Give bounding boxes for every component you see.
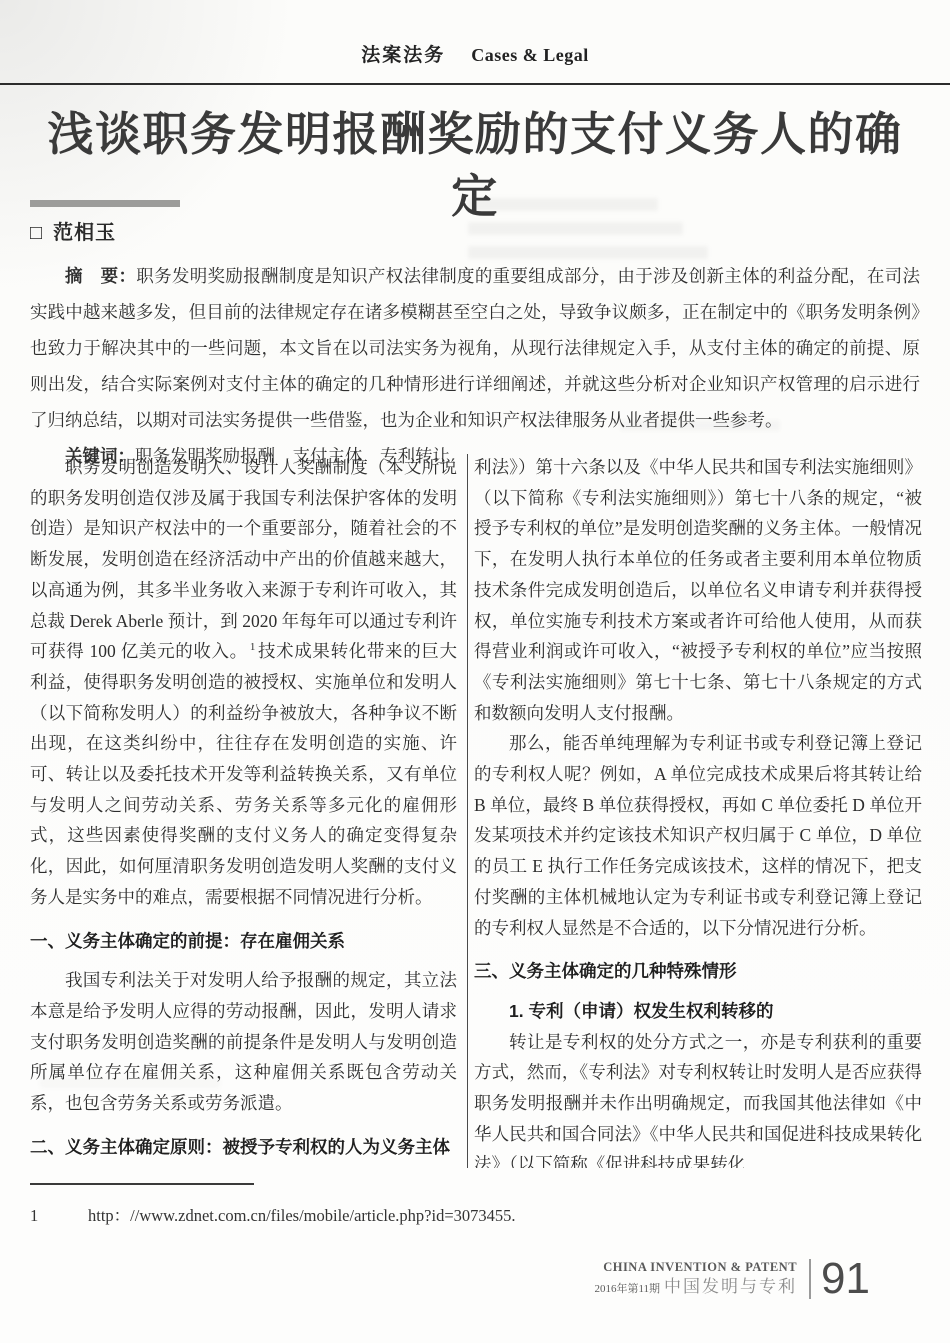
- body-paragraph: 那么，能否单纯理解为专利证书或专利登记簿上登记的专利权人呢？例如，A 单位完成技…: [474, 728, 922, 943]
- abstract-text: 职务发明奖励报酬制度是知识产权法律制度的重要组成部分，由于涉及创新主体的利益分配…: [30, 266, 920, 430]
- section-title-en: Cases & Legal: [471, 45, 589, 65]
- footnote-number: 1: [30, 1206, 88, 1226]
- journal-issue-line: 2016年第11期 中国发明与专利: [594, 1276, 797, 1298]
- author-marker-icon: □: [30, 222, 43, 244]
- page-header: 法案法务 Cases & Legal: [0, 40, 950, 85]
- journal-name-en: CHINA INVENTION & PATENT: [594, 1260, 797, 1276]
- magazine-page: 法案法务 Cases & Legal 浅谈职务发明报酬奖励的支付义务人的确定 □…: [0, 0, 950, 1343]
- body-paragraph: 职务发明创造发明人、设计人奖酬制度（本文所说的职务发明创造仅涉及属于我国专利法保…: [30, 452, 457, 913]
- journal-block: CHINA INVENTION & PATENT 2016年第11期 中国发明与…: [594, 1260, 797, 1298]
- footer-divider: [809, 1259, 811, 1299]
- body-paragraph: 我国专利法关于对发明人给予报酬的规定，其立法本意是给予发明人应得的劳动报酬，因此…: [30, 965, 457, 1119]
- scan-bleed-artifact: [40, 1078, 220, 1088]
- author-line: □范相玉: [30, 216, 180, 245]
- article-body: 职务发明创造发明人、设计人奖酬制度（本文所说的职务发明创造仅涉及属于我国专利法保…: [30, 452, 922, 1168]
- journal-name-cn: 中国发明与专利: [664, 1277, 797, 1296]
- section-heading-3: 三、义务主体确定的几种特殊情形: [474, 956, 922, 987]
- paragraph-text: 技术成果转化带来的巨大利益，使得职务发明创造的被授权、实施单位和发明人（以下简称…: [30, 641, 457, 907]
- body-paragraph: 转让是专利权的处分方式之一，亦是专利获利的重要方式，然而，《专利法》对专利权转让…: [474, 1027, 922, 1168]
- page-footer: CHINA INVENTION & PATENT 2016年第11期 中国发明与…: [594, 1257, 870, 1301]
- footnote-area: 1http：//www.zdnet.com.cn/files/mobile/ar…: [30, 1183, 920, 1226]
- paragraph-text: 职务发明创造发明人、设计人奖酬制度（本文所说的职务发明创造仅涉及属于我国专利法保…: [30, 457, 457, 661]
- left-column: 职务发明创造发明人、设计人奖酬制度（本文所说的职务发明创造仅涉及属于我国专利法保…: [30, 452, 457, 1168]
- right-column: 利法》）第十六条以及《中华人民共和国专利法实施细则》（以下简称《专利法实施细则》…: [474, 452, 922, 1168]
- abstract-block: 摘 要：职务发明奖励报酬制度是知识产权法律制度的重要组成部分，由于涉及创新主体的…: [30, 258, 920, 474]
- scan-bleed-artifact: [468, 198, 658, 211]
- column-divider: [467, 454, 468, 1168]
- abstract-label: 摘 要：: [65, 266, 136, 286]
- section-heading-1: 一、义务主体确定的前提：存在雇佣关系: [30, 926, 457, 957]
- scan-bleed-artifact: [468, 222, 683, 235]
- scan-bleed-artifact: [620, 420, 780, 431]
- section-heading-2: 二、义务主体确定原则：被授予专利权的人为义务主体: [30, 1132, 457, 1163]
- body-paragraph: 利法》）第十六条以及《中华人民共和国专利法实施细则》（以下简称《专利法实施细则》…: [474, 452, 922, 728]
- footnote-line: 1http：//www.zdnet.com.cn/files/mobile/ar…: [30, 1202, 920, 1226]
- footnote-text: http：//www.zdnet.com.cn/files/mobile/art…: [88, 1206, 516, 1225]
- abstract-paragraph: 摘 要：职务发明奖励报酬制度是知识产权法律制度的重要组成部分，由于涉及创新主体的…: [30, 258, 920, 438]
- footnote-divider: [30, 1183, 254, 1185]
- author-row: □范相玉: [30, 200, 180, 245]
- section-title-cn: 法案法务: [361, 45, 445, 66]
- issue-label: 2016年第11期: [594, 1283, 660, 1295]
- author-accent-bar: [30, 200, 180, 207]
- scan-bleed-artifact: [468, 246, 708, 259]
- page-number: 91: [821, 1257, 870, 1301]
- author-name: 范相玉: [53, 222, 116, 244]
- footnote-ref-marker: 1: [250, 641, 256, 653]
- subsection-heading-1: 1. 专利（申请）权发生权利转移的: [474, 996, 922, 1027]
